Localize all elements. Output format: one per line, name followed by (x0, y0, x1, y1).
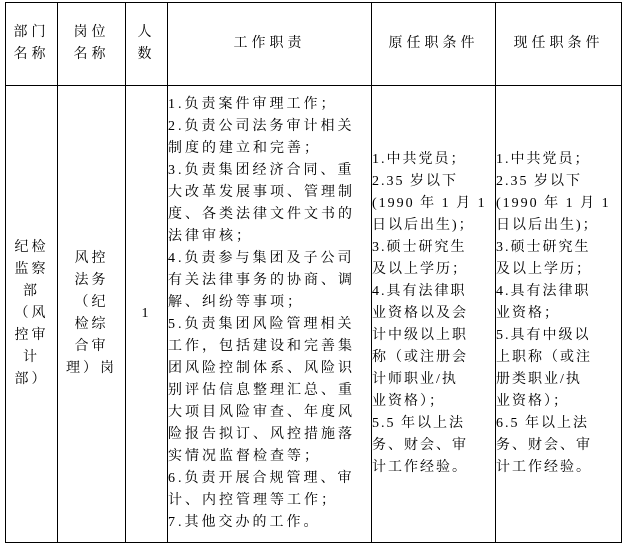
header-cell-current-conditions: 现任职条件 (496, 3, 622, 86)
recruitment-position-table: 部门 名称 岗位 名称 人 数 工作职责 原任职条件 现任职条件 纪检 监察 部… (5, 2, 622, 543)
cell-department-name: 纪检 监察 部 （风 控审 计 部） (6, 86, 58, 543)
header-cell-original-conditions: 原任职条件 (372, 3, 496, 86)
cell-job-duties: 1.负责案件审理工作； 2.负责公司法务审计相关 制度的建立和完善； 3.负责集… (168, 86, 372, 543)
header-cell-headcount: 人 数 (126, 3, 168, 86)
document-page: 部门 名称 岗位 名称 人 数 工作职责 原任职条件 现任职条件 纪检 监察 部… (0, 0, 627, 547)
cell-original-conditions: 1.中共党员； 2.35 岁以下 (1990 年 1 月 1 日以后出生)； 3… (372, 86, 496, 543)
header-cell-job-duties: 工作职责 (168, 3, 372, 86)
table-header-row: 部门 名称 岗位 名称 人 数 工作职责 原任职条件 现任职条件 (6, 3, 622, 86)
cell-position-name: 风控 法务 （纪 检综 合审 理）岗 (58, 86, 126, 543)
table-row: 纪检 监察 部 （风 控审 计 部） 风控 法务 （纪 检综 合审 理）岗 1 … (6, 86, 622, 543)
cell-current-conditions: 1.中共党员； 2.35 岁以下 (1990 年 1 月 1 日以后出生)； 3… (496, 86, 622, 543)
header-cell-department-name: 部门 名称 (6, 3, 58, 86)
cell-headcount: 1 (126, 86, 168, 543)
header-cell-position-name: 岗位 名称 (58, 3, 126, 86)
